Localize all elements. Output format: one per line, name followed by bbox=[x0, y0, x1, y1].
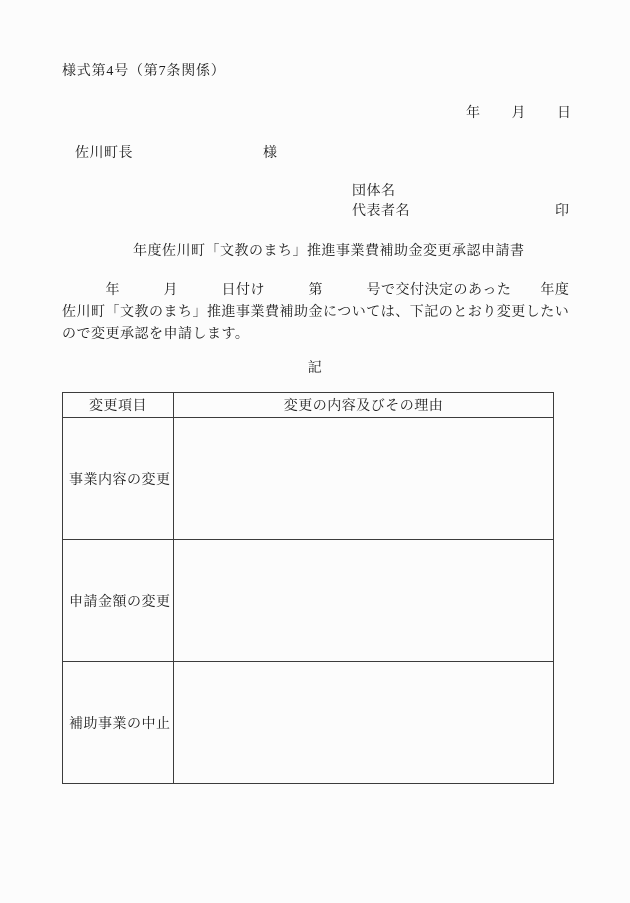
table-row: 補助事業の中止 bbox=[63, 662, 554, 784]
application-form-page: 様式第4号（第7条関係） 年 月 日 佐川町長 様 団体名 代表者名 印 年度佐… bbox=[0, 0, 630, 903]
row-label-business-content-change: 事業内容の変更 bbox=[63, 418, 174, 540]
date-day-label: 日 bbox=[557, 102, 572, 122]
row-content-application-amount-change bbox=[174, 540, 554, 662]
form-number: 様式第4号（第7条関係） bbox=[62, 60, 226, 80]
column-header-change-detail: 変更の内容及びその理由 bbox=[174, 393, 554, 418]
row-content-business-content-change bbox=[174, 418, 554, 540]
date-line: 年 月 日 bbox=[466, 102, 572, 122]
change-items-table: 変更項目 変更の内容及びその理由 事業内容の変更 申請金額の変更 補助事業の中止 bbox=[62, 392, 554, 784]
addressee-honorific: 様 bbox=[263, 142, 278, 162]
row-label-subsidized-project-cancellation: 補助事業の中止 bbox=[63, 662, 174, 784]
representative-name-label: 代表者名 bbox=[352, 200, 410, 220]
body-line-3: ので変更承認を申請します。 bbox=[62, 322, 249, 344]
table-row: 申請金額の変更 bbox=[63, 540, 554, 662]
table-header-row: 変更項目 変更の内容及びその理由 bbox=[63, 393, 554, 418]
document-title: 年度佐川町「文教のまち」推進事業費補助金変更承認申請書 bbox=[133, 240, 525, 260]
body-line-2: 佐川町「文教のまち」推進事業費補助金については、下記のとおり変更したい bbox=[62, 300, 569, 322]
body-line-1: 年 月 日付け 第 号で交付決定のあった 年度 bbox=[62, 278, 569, 300]
table-row: 事業内容の変更 bbox=[63, 418, 554, 540]
date-year-label: 年 bbox=[466, 102, 481, 122]
date-month-label: 月 bbox=[512, 102, 527, 122]
organization-name-label: 団体名 bbox=[352, 180, 396, 200]
ki-heading: 記 bbox=[0, 357, 630, 377]
addressee-name: 佐川町長 bbox=[75, 142, 133, 162]
seal-label: 印 bbox=[555, 200, 570, 220]
column-header-change-item: 変更項目 bbox=[63, 393, 174, 418]
row-content-subsidized-project-cancellation bbox=[174, 662, 554, 784]
row-label-application-amount-change: 申請金額の変更 bbox=[63, 540, 174, 662]
